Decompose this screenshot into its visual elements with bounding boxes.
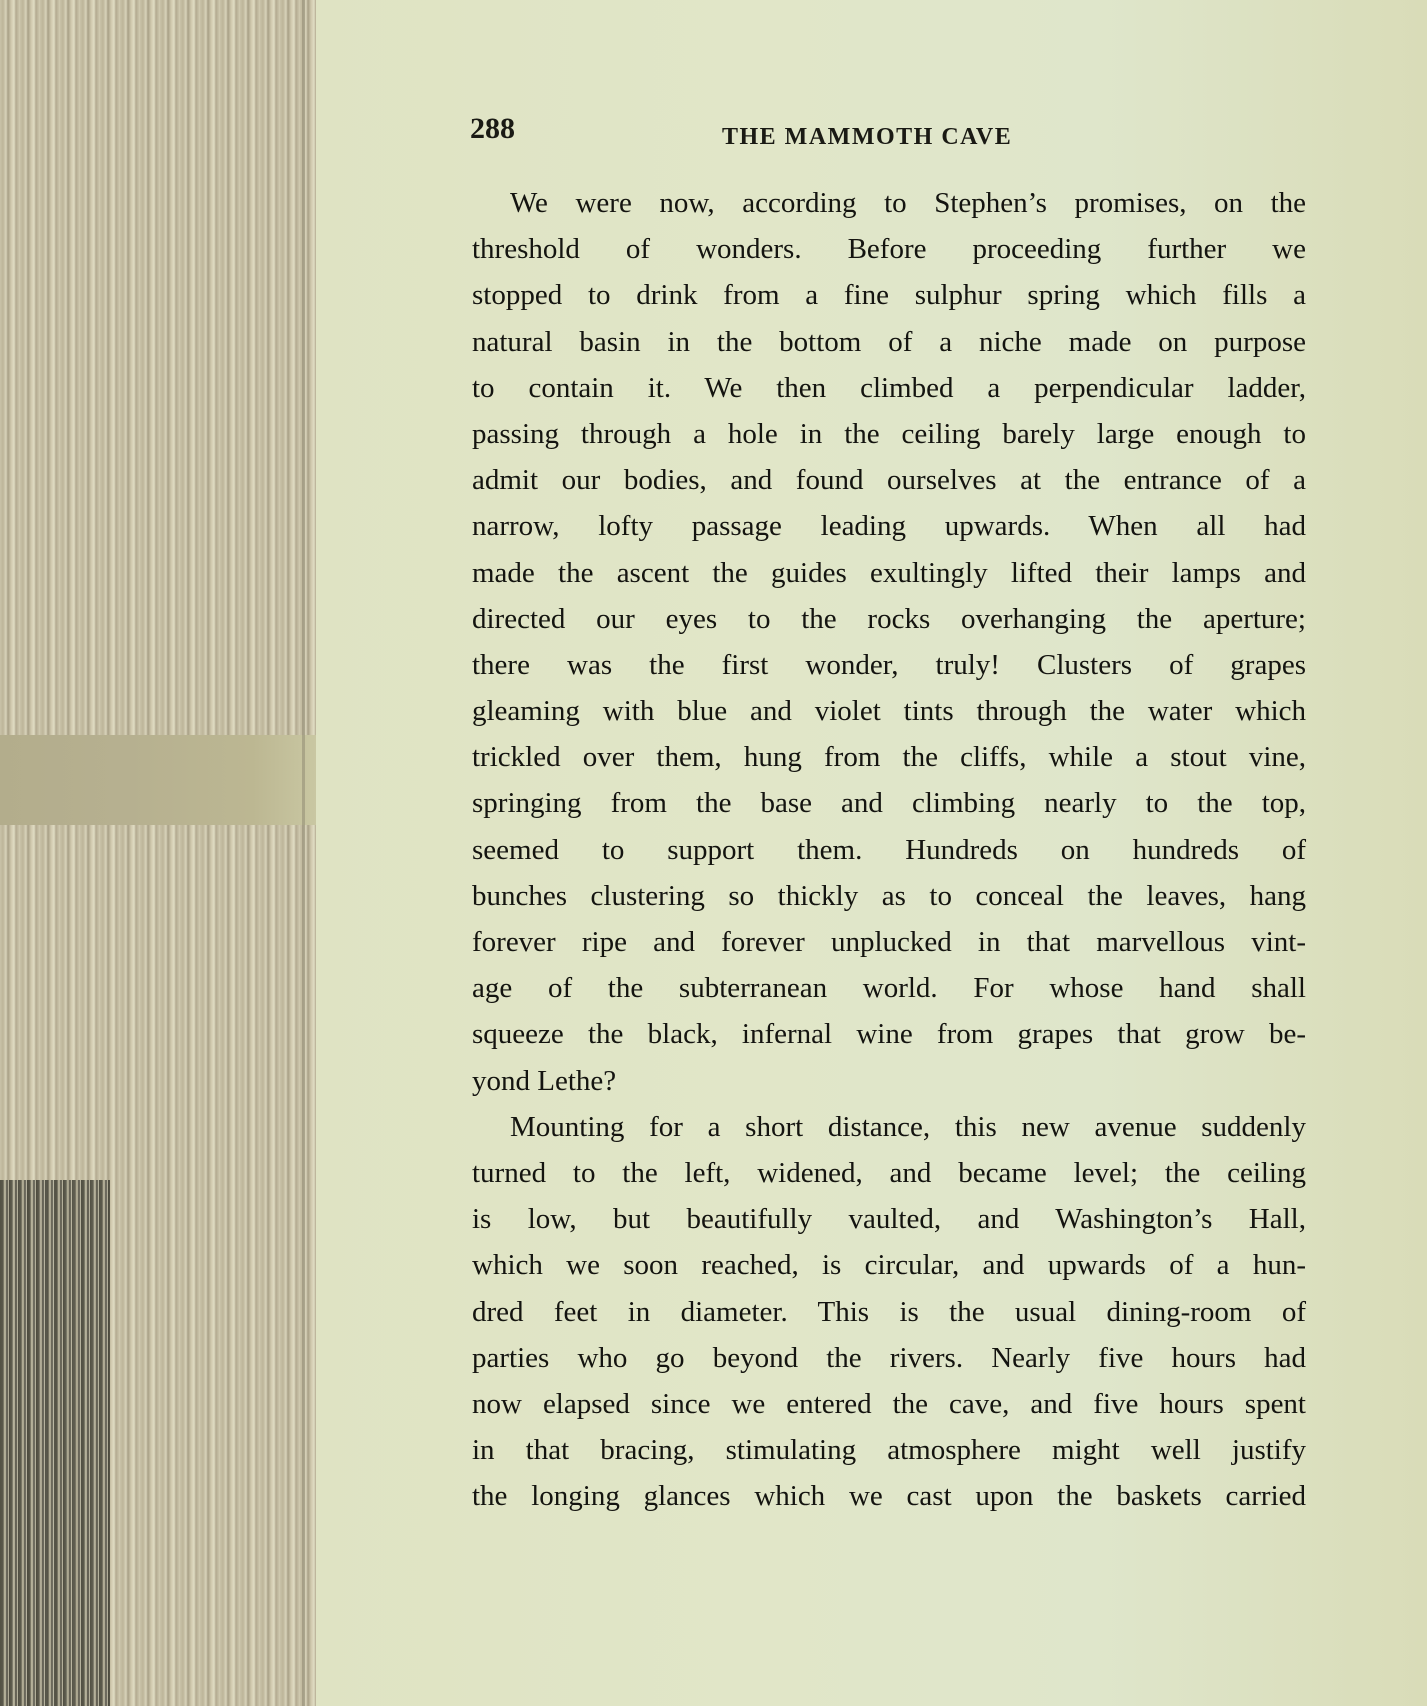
text-line: stopped to drink from a fine sulphur spr… — [472, 272, 1306, 318]
text-line: which we soon reached, is circular, and … — [472, 1242, 1306, 1288]
text-line: directed our eyes to the rocks overhangi… — [472, 596, 1306, 642]
text-line: now elapsed since we entered the cave, a… — [472, 1381, 1306, 1427]
page-edge-shadow — [0, 1180, 110, 1706]
paragraph-2: Mounting for a short distance, this new … — [472, 1104, 1306, 1520]
text-line: yond Lethe? — [472, 1058, 1306, 1104]
text-line: springing from the base and climbing nea… — [472, 780, 1306, 826]
text-line: in that bracing, stimulating atmosphere … — [472, 1427, 1306, 1473]
text-line: squeeze the black, infernal wine from gr… — [472, 1011, 1306, 1057]
text-line: gleaming with blue and violet tints thro… — [472, 688, 1306, 734]
running-title: THE MAMMOTH CAVE — [722, 124, 1012, 151]
text-line: dred feet in diameter. This is the usual… — [472, 1289, 1306, 1335]
text-line: trickled over them, hung from the cliffs… — [472, 734, 1306, 780]
gutter-line — [302, 0, 305, 1706]
page-edge-band — [0, 735, 316, 825]
text-line: We were now, according to Stephen’s prom… — [472, 180, 1306, 226]
text-line: natural basin in the bottom of a niche m… — [472, 319, 1306, 365]
text-line: made the ascent the guides exultingly li… — [472, 550, 1306, 596]
text-line: seemed to support them. Hundreds on hund… — [472, 827, 1306, 873]
text-line: to contain it. We then climbed a perpend… — [472, 365, 1306, 411]
text-line: there was the first wonder, truly! Clust… — [472, 642, 1306, 688]
page-number: 288 — [470, 112, 515, 146]
text-line: forever ripe and forever unplucked in th… — [472, 919, 1306, 965]
text-line: admit our bodies, and found ourselves at… — [472, 457, 1306, 503]
text-line: bunches clustering so thickly as to conc… — [472, 873, 1306, 919]
running-head: 288 THE MAMMOTH CAVE — [470, 112, 1310, 152]
text-line: Mounting for a short distance, this new … — [472, 1104, 1306, 1150]
text-line: passing through a hole in the ceiling ba… — [472, 411, 1306, 457]
text-line: age of the subterranean world. For whose… — [472, 965, 1306, 1011]
text-line: narrow, lofty passage leading upwards. W… — [472, 503, 1306, 549]
text-line: turned to the left, widened, and became … — [472, 1150, 1306, 1196]
body-text: We were now, according to Stephen’s prom… — [472, 180, 1306, 1519]
text-line: the longing glances which we cast upon t… — [472, 1473, 1306, 1519]
paragraph-1: We were now, according to Stephen’s prom… — [472, 180, 1306, 1104]
text-line: threshold of wonders. Before proceeding … — [472, 226, 1306, 272]
text-line: parties who go beyond the rivers. Nearly… — [472, 1335, 1306, 1381]
book-page-edges — [0, 0, 316, 1706]
text-line: is low, but beautifully vaulted, and Was… — [472, 1196, 1306, 1242]
